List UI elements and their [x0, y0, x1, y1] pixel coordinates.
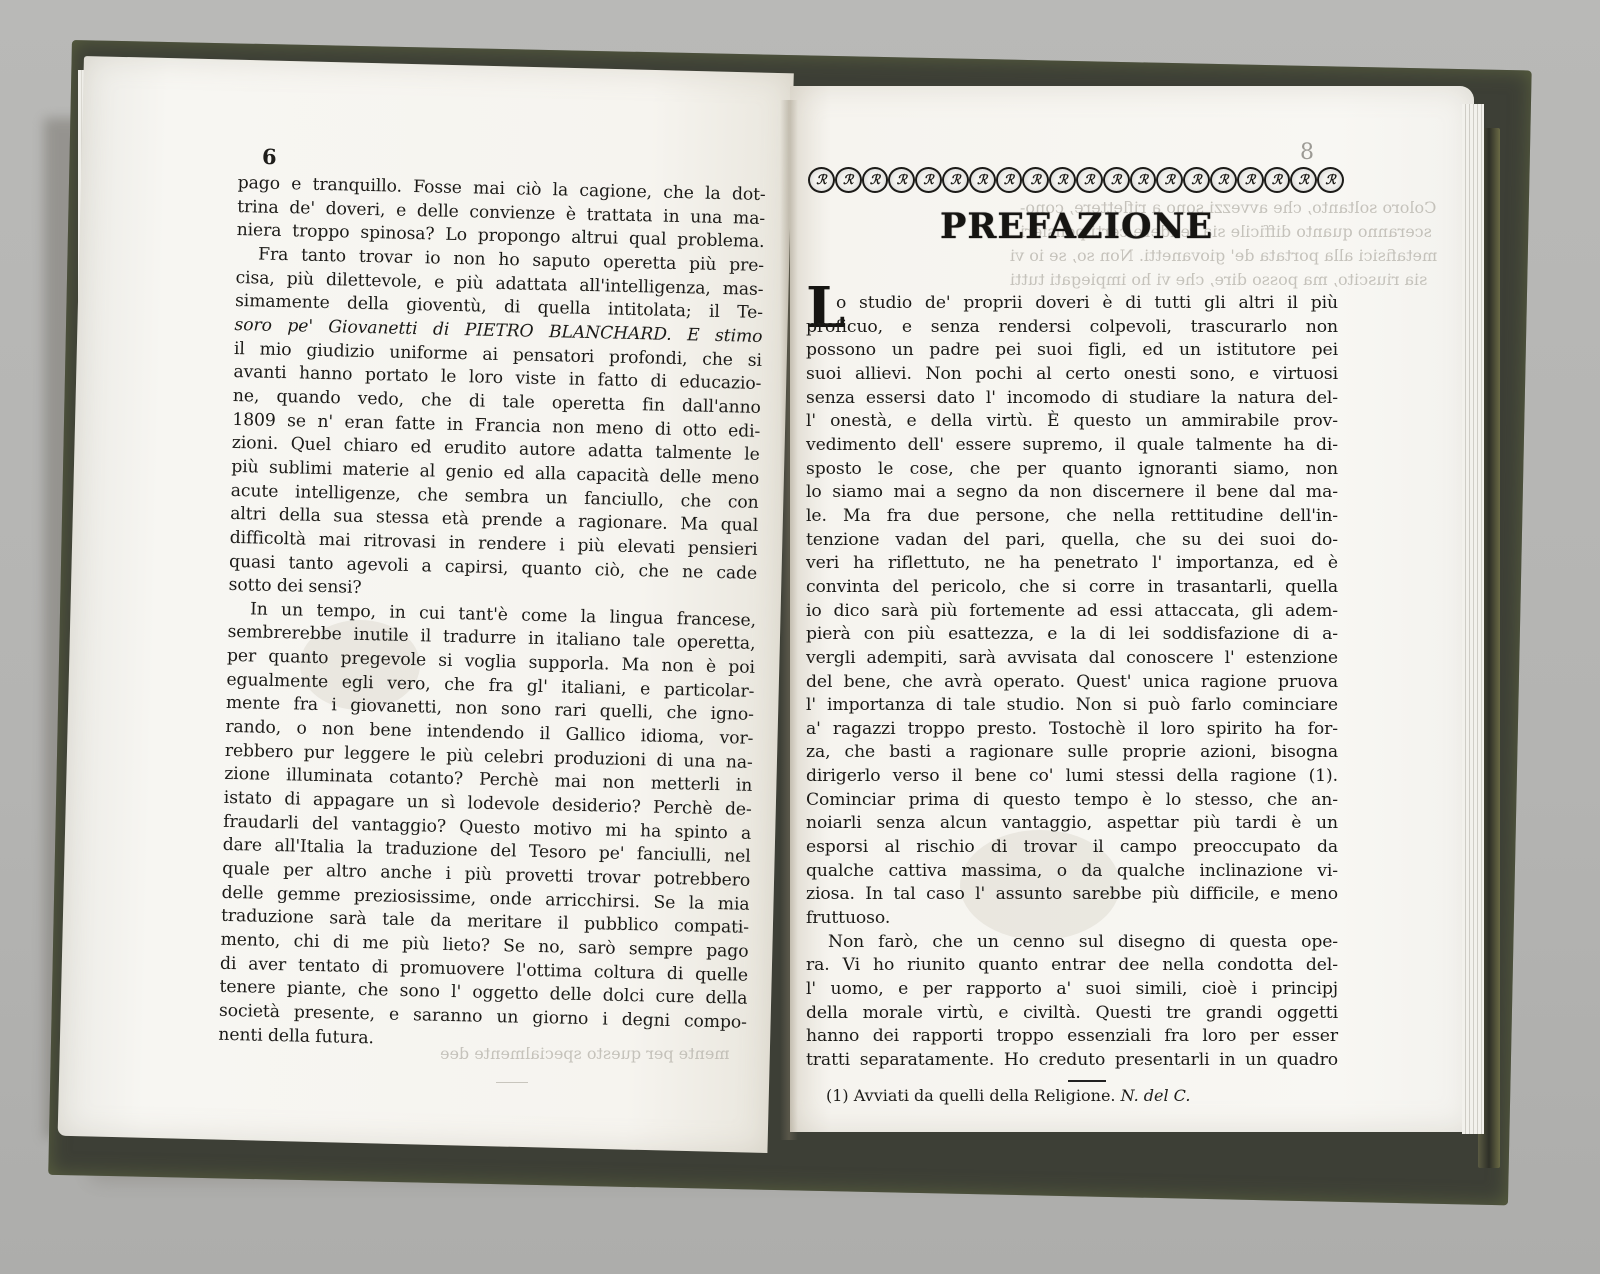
footnote: (1) Avviati da quelli della Religione. N… [826, 1086, 1190, 1105]
text-line: tenzione vadan del pari, quella, che su … [806, 529, 1338, 553]
text-line: possono un padre pei suoi figli, ed un i… [806, 339, 1338, 363]
ornament-icon: ℛ [1317, 167, 1344, 193]
ornament-icon: ℛ [996, 167, 1023, 193]
left-page-text: pago e tranquillo. Fosse mai ciò la cagi… [218, 172, 766, 1059]
text-line: noiarli senza alcun vantaggio, aspettar … [806, 812, 1338, 836]
text-line: suoi allievi. Non pochi al certo onesti … [806, 363, 1338, 387]
ornament-icon: ℛ [1290, 167, 1317, 193]
ornament-icon: ℛ [1210, 167, 1237, 193]
footnote-text: (1) Avviati da quelli della Religione. [826, 1086, 1116, 1105]
right-page-text: o studio de' proprii doveri è di tutti g… [806, 292, 1338, 1073]
text-line: sposto le cose, che per quanto ignoranti… [806, 458, 1338, 482]
ornament-icon: ℛ [1049, 167, 1076, 193]
text-line: ra. Vi ho riunito quanto entrar dee nell… [806, 954, 1338, 978]
ornament-icon: ℛ [1156, 167, 1183, 193]
text-line: convinta del pericolo, che si corre in t… [806, 576, 1338, 600]
ornament-icon: ℛ [835, 167, 862, 193]
text-line: hanno dei rapporti troppo essenziali fra… [806, 1025, 1338, 1049]
text-line: io dico sarà più fortemente ad essi atta… [806, 600, 1338, 624]
text-line: Non farò, che un cenno sul disegno di qu… [806, 931, 1338, 955]
ornament-icon: ℛ [942, 167, 969, 193]
text-line: esporsi al rischio di trovar il campo pr… [806, 836, 1338, 860]
book-gutter [780, 100, 798, 1140]
ornament-icon: ℛ [1076, 167, 1103, 193]
ornament-icon: ℛ [862, 167, 889, 193]
text-line: Cominciar prima di questo tempo è lo ste… [806, 789, 1338, 813]
bleed-through-text: mente per questo specialmente dee [440, 1044, 730, 1063]
ornament-icon: ℛ [1130, 167, 1157, 193]
text-line: proficuo, e senza rendersi colpevoli, tr… [806, 316, 1338, 340]
text-line: za, che basti a ragionare sulle proprie … [806, 741, 1338, 765]
ghost-footnote-rule [496, 1082, 528, 1083]
footnote-attribution: N. del C. [1121, 1086, 1191, 1105]
text-line: l' importanza di tale studio. Non si può… [806, 694, 1338, 718]
ornament-icon: ℛ [1183, 167, 1210, 193]
text-line: pierà con più esattezza, e la di lei sod… [806, 623, 1338, 647]
text-line: dirigerlo verso il bene co' lumi stessi … [806, 765, 1338, 789]
text-line: del bene, che avrà operato. Quest' unica… [806, 671, 1338, 695]
right-page-number: 8 [1300, 140, 1314, 165]
ornament-icon: ℛ [1237, 167, 1264, 193]
ornament-icon: ℛ [915, 167, 942, 193]
text-line: vedimento dell' essere supremo, il quale… [806, 434, 1338, 458]
text-line: o studio de' proprii doveri è di tutti g… [806, 292, 1338, 316]
text-line: qualche cattiva massima, o da qualche in… [806, 860, 1338, 884]
text-line: tratti separatamente. Ho creduto present… [806, 1049, 1338, 1073]
text-line: l' uomo, e per rapporto a' suoi simili, … [806, 978, 1338, 1002]
chapter-heading: PREFAZIONE [940, 206, 1213, 247]
ornament-icon: ℛ [808, 167, 835, 193]
text-line: le. Ma fra due persone, che nella rettit… [806, 505, 1338, 529]
text-line: senza essersi dato l' incomodo di studia… [806, 387, 1338, 411]
text-line: ziosa. In tal caso l' assunto sarebbe pi… [806, 883, 1338, 907]
ornament-icon: ℛ [969, 167, 996, 193]
text-line: della morale virtù, e civiltà. Questi tr… [806, 1002, 1338, 1026]
text-line: vergli adempiti, sarà avvisata dal conos… [806, 647, 1338, 671]
ornament-icon: ℛ [1264, 167, 1291, 193]
bleed-through-text: metafisici alla portata de' giovanetti. … [1010, 246, 1437, 265]
ornament-icon: ℛ [1022, 167, 1049, 193]
ornament-icon: ℛ [888, 167, 915, 193]
text-line: a' ragazzi troppo presto. Tostochè il lo… [806, 718, 1338, 742]
right-page-stack-edge [1462, 104, 1484, 1134]
text-line: lo siamo mai a segno da non discernere i… [806, 481, 1338, 505]
ornament-icon: ℛ [1103, 167, 1130, 193]
text-line: veri ha riflettuto, ne ha penetrato l' i… [806, 552, 1338, 576]
left-page-number: 6 [262, 144, 277, 169]
decorative-ornament-band: ℛ ℛ ℛ ℛ ℛ ℛ ℛ ℛ ℛ ℛ ℛ ℛ ℛ ℛ ℛ ℛ ℛ ℛ ℛ ℛ [808, 166, 1344, 194]
text-line: fruttuoso. [806, 907, 1338, 931]
bleed-through-text: sia riuscito, ma posso dire, che vi ho i… [1010, 270, 1427, 289]
text-line: l' onestà, e della virtù. È questo un am… [806, 410, 1338, 434]
footnote-rule [1068, 1080, 1106, 1082]
